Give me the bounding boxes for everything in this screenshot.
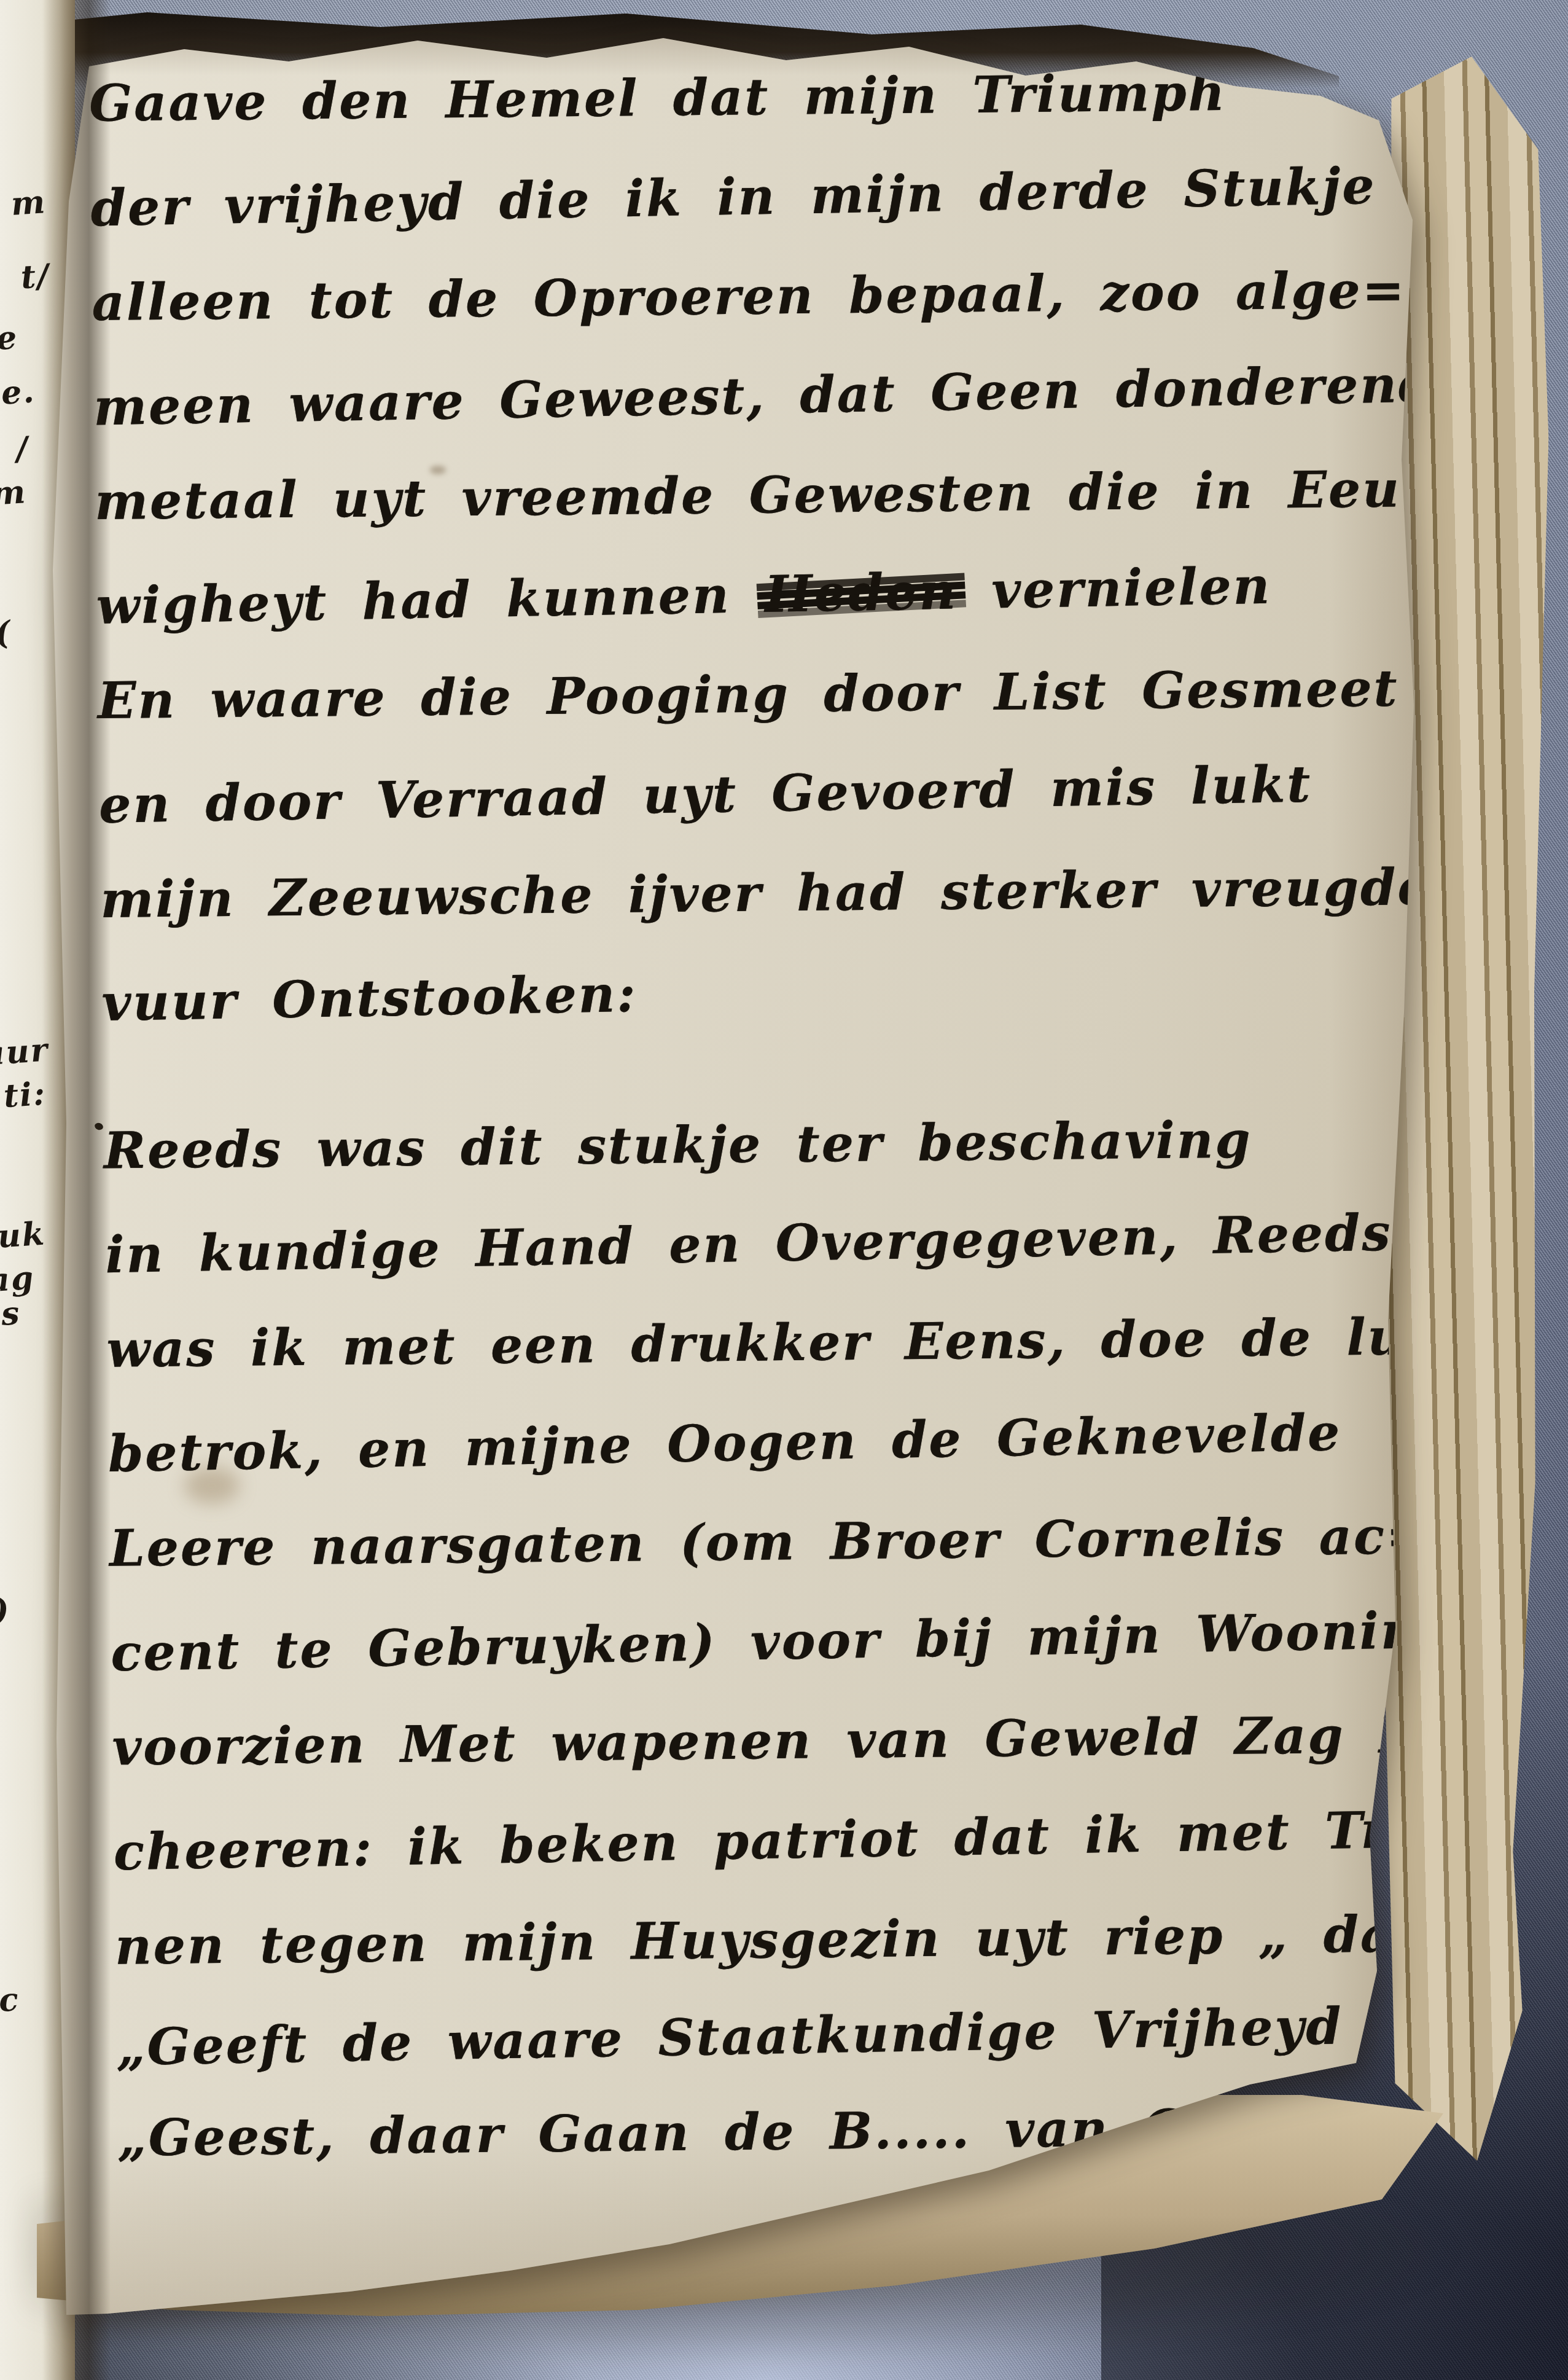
manuscript-line: „Geeft de waare Staatkundige Vrijheyd de [116,1995,1449,2077]
manuscript-line: Reeds was dit stukje ter beschaving [104,1111,1252,1181]
ink-spot [663,2273,669,2283]
text-fragment: ( [0,614,13,652]
page-number: 3 [1396,101,1427,149]
text-fragment: c [0,1981,21,2019]
text-fragment: m [0,473,28,513]
manuscript-line: nen tegen mijn Huysgezin uyt riep „ daar [115,1904,1458,1976]
page-wrapper: 3 Gaave den Hemel dat mijn Triumph der v… [31,17,1474,2333]
manuscript-line: „Geest, daar Gaan de B..... van Ons land… [117,2096,1443,2168]
manuscript-line: metaal uyt vreemde Gewesten die in Eeu= [95,460,1445,531]
manuscript-line: in kundige Hand en Overgegeven, Reeds [105,1204,1393,1285]
manuscript-line: vuur Ontstooken: [101,965,638,1033]
manuscript-photo: m t/ e e. / m ( aur ti: uk ag s ) c 3 Ga… [0,0,1568,2380]
manuscript-line: voorzien Met wapenen van Geweld Zag Mar= [112,1704,1543,1777]
line-segment: wigheyt had kunnen [96,565,765,636]
text-fragment: e [0,319,19,358]
manuscript-line: en door Verraad uyt Gevoerd mis lukt [98,755,1313,835]
manuscript-line: der vrijheyd die ik in mijn derde Stukje [90,157,1377,238]
manuscript-line: meen waare Geweest, dat Geen donderend [93,354,1436,437]
manuscript-line: mijn Zeeuwsche ijver had sterker vreugde [100,858,1432,930]
manuscript-page: 3 Gaave den Hemel dat mijn Triumph der v… [31,17,1474,2333]
manuscript-line: was ik met een drukker Eens, doe de lugt [106,1307,1469,1379]
struck-out-word: Heden [764,562,958,624]
handwritten-text: Gaave den Hemel dat mijn Triumph der vri… [29,0,1505,2335]
text-fragment: s [0,1294,21,1333]
manuscript-line: cent te Gebruyken) voor bij mijn Wooning [111,1600,1457,1683]
manuscript-line: Leere naarsgaten (om Broer Cornelis ac= [109,1506,1430,1578]
manuscript-line: Gaave den Hemel dat mijn Triumph [89,63,1227,133]
manuscript-line: En waare die Pooging door List Gesmeet [97,659,1399,730]
text-fragment: / [15,429,30,468]
line-segment: vernielen [957,557,1272,621]
manuscript-line: betrok, en mijne Oogen de Geknevelde [107,1403,1342,1484]
manuscript-line: alleen tot de Oproeren bepaal, zoo alge= [92,261,1406,333]
text-fragment: ) [0,1591,12,1629]
manuscript-line: cheeren: ik beken patriot dat ik met Tra… [113,1799,1468,1882]
manuscript-line: wigheyt had kunnen Heden vernielen [96,557,1272,636]
